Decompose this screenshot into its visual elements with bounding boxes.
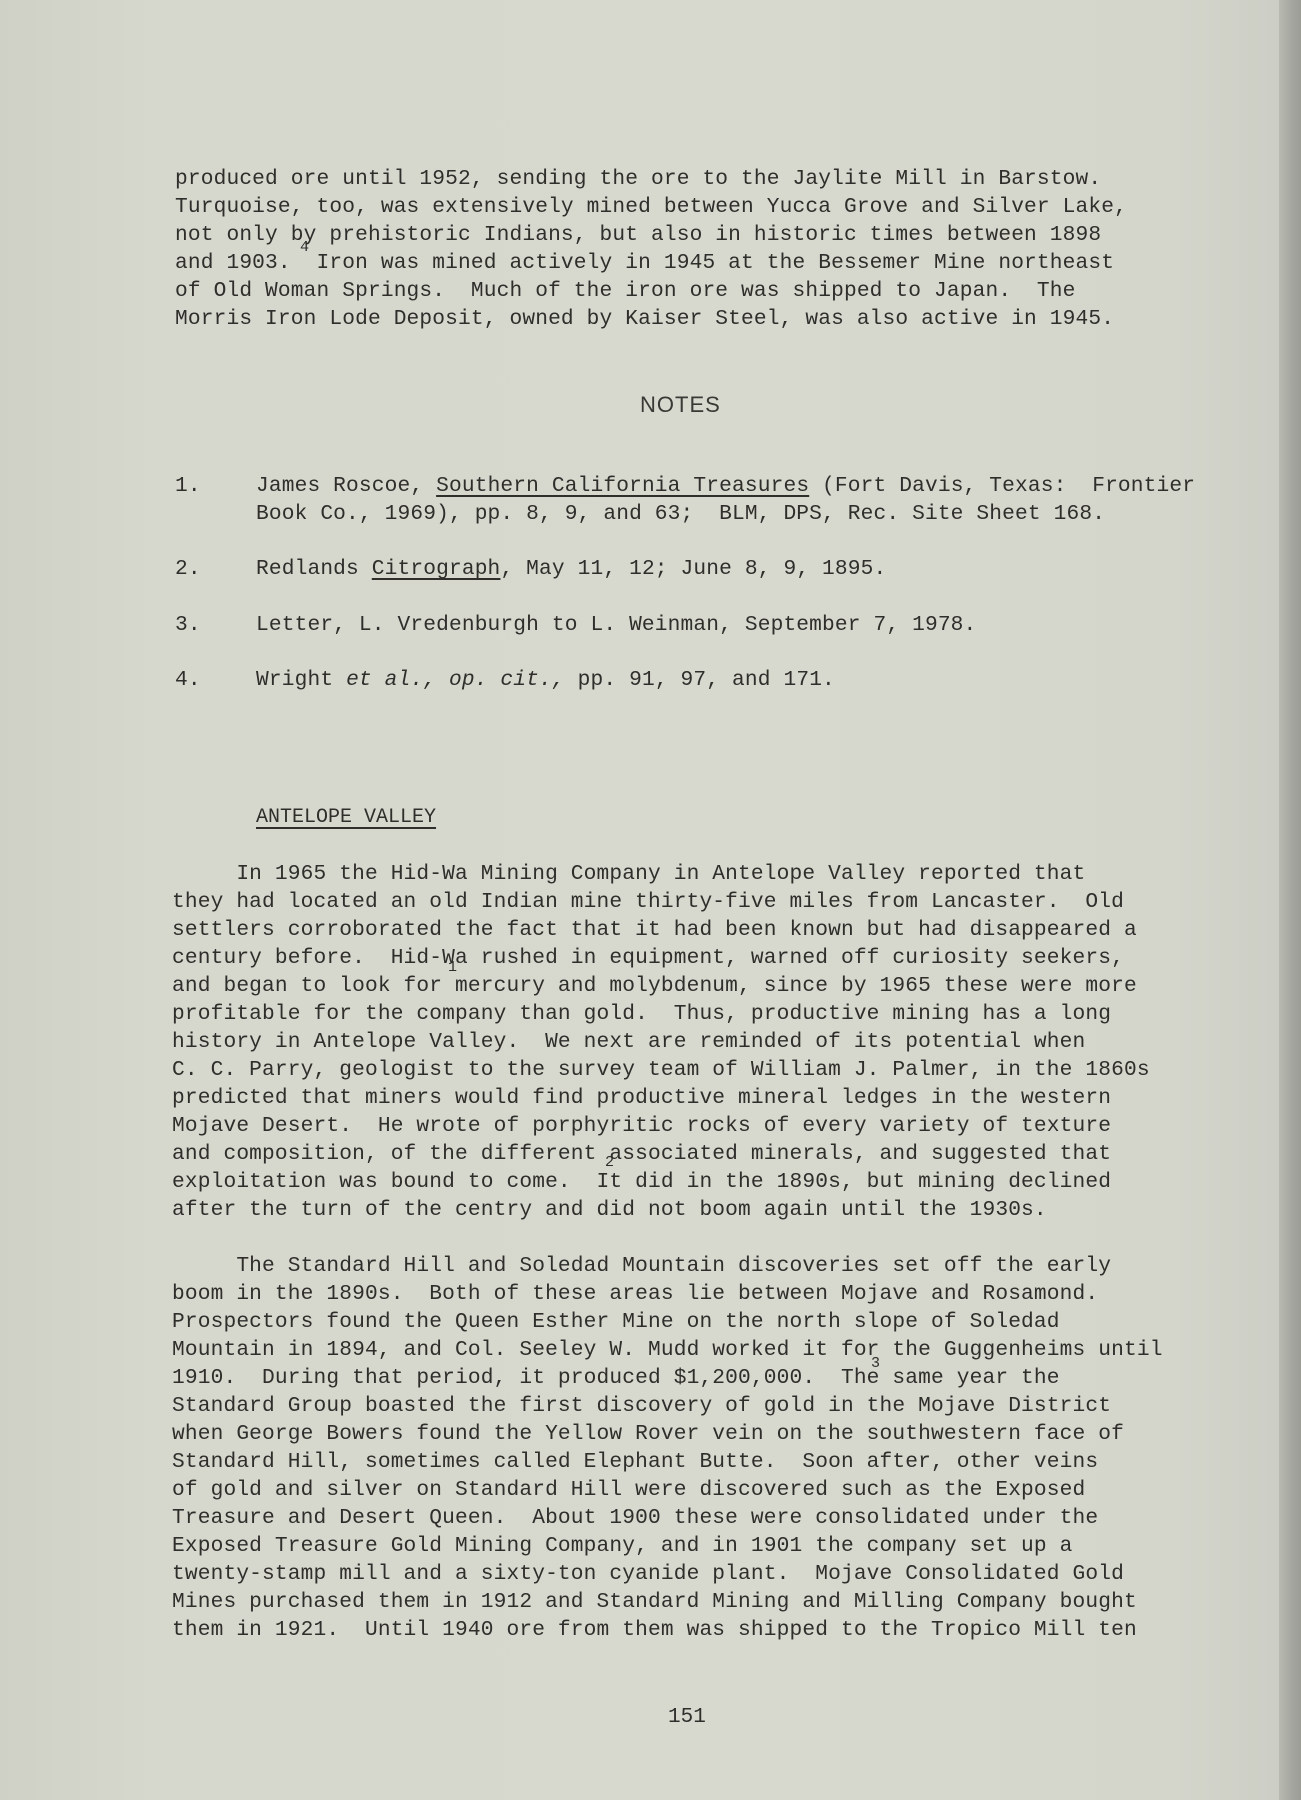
note-text: James Roscoe, Southern California Treasu… <box>256 472 1195 500</box>
text-line: Mojave Desert. He wrote of porphyritic r… <box>172 1112 1111 1140</box>
text-line: predicted that miners would find product… <box>172 1084 1111 1112</box>
text-line: Exposed Treasure Gold Mining Company, an… <box>172 1532 1073 1560</box>
text-line: century before. Hid-Wa rushed in equipme… <box>172 944 1124 972</box>
text-line: 1910. During that period, it produced $1… <box>172 1364 1060 1392</box>
note-number: 3. <box>175 611 201 639</box>
text-line: Mines purchased them in 1912 and Standar… <box>172 1588 1137 1616</box>
text-line: Morris Iron Lode Deposit, owned by Kaise… <box>175 305 1114 333</box>
note-text: Wright et al., op. cit., pp. 91, 97, and… <box>256 666 835 694</box>
note-text: Letter, L. Vredenburgh to L. Weinman, Se… <box>256 611 976 639</box>
text-line: and 1903. Iron was mined actively in 194… <box>175 249 1114 277</box>
text-line: Turquoise, too, was extensively mined be… <box>175 193 1127 221</box>
text-line: and composition, of the different associ… <box>172 1140 1111 1168</box>
latin-abbreviation: et al., op. cit., <box>346 668 565 692</box>
text-line: settlers corroborated the fact that it h… <box>172 916 1137 944</box>
footnote-mark: 1 <box>448 960 457 975</box>
note-number: 1. <box>175 472 201 500</box>
text-line: not only by prehistoric Indians, but als… <box>175 221 1101 249</box>
note-text-segment: (Fort Davis, Texas: Frontier <box>809 474 1195 498</box>
text-line: and began to look for mercury and molybd… <box>172 972 1137 1000</box>
scanned-page: produced ore until 1952, sending the ore… <box>0 0 1301 1800</box>
publication-title: Citrograph <box>372 557 501 581</box>
note-text: Book Co., 1969), pp. 8, 9, and 63; BLM, … <box>256 500 1105 528</box>
note-text-segment: James Roscoe, <box>256 474 436 498</box>
text-line: twenty-stamp mill and a sixty-ton cyanid… <box>172 1560 1124 1588</box>
note-text: Redlands Citrograph, May 11, 12; June 8,… <box>256 555 886 583</box>
note-number: 2. <box>175 555 201 583</box>
text-line: C. C. Parry, geologist to the survey tea… <box>172 1056 1150 1084</box>
text-line: Prospectors found the Queen Esther Mine … <box>172 1308 1060 1336</box>
text-line: The Standard Hill and Soledad Mountain d… <box>172 1252 1111 1280</box>
section-title: ANTELOPE VALLEY <box>256 806 436 829</box>
note-text-segment: Redlands <box>256 557 372 581</box>
book-title: Southern California Treasures <box>436 474 809 498</box>
text-line: they had located an old Indian mine thir… <box>172 888 1124 916</box>
note-text-segment: , May 11, 12; June 8, 9, 1895. <box>500 557 886 581</box>
text-line: Standard Group boasted the first discove… <box>172 1392 1111 1420</box>
text-line: Treasure and Desert Queen. About 1900 th… <box>172 1504 1098 1532</box>
text-line: boom in the 1890s. Both of these areas l… <box>172 1280 1098 1308</box>
text-line: when George Bowers found the Yellow Rove… <box>172 1420 1124 1448</box>
note-text-segment: pp. 91, 97, and 171. <box>565 668 835 692</box>
text-line: profitable for the company than gold. Th… <box>172 1000 1111 1028</box>
text-line: of gold and silver on Standard Hill were… <box>172 1476 1085 1504</box>
text-line: exploitation was bound to come. It did i… <box>172 1168 1111 1196</box>
text-line: after the turn of the centry and did not… <box>172 1196 1047 1224</box>
text-line: In 1965 the Hid-Wa Mining Company in Ant… <box>172 860 1085 888</box>
page-number: 151 <box>668 1706 706 1729</box>
footnote-mark: 4 <box>300 240 309 255</box>
text-line: history in Antelope Valley. We next are … <box>172 1028 1085 1056</box>
note-text-segment: Wright <box>256 668 346 692</box>
page-edge-shadow <box>1279 0 1301 1800</box>
note-number: 4. <box>175 666 201 694</box>
text-line: produced ore until 1952, sending the ore… <box>175 165 1101 193</box>
text-line: Standard Hill, sometimes called Elephant… <box>172 1448 1098 1476</box>
text-line: them in 1921. Until 1940 ore from them w… <box>172 1616 1137 1644</box>
notes-heading: NOTES <box>640 392 721 418</box>
text-line: Mountain in 1894, and Col. Seeley W. Mud… <box>172 1336 1163 1364</box>
text-line: of Old Woman Springs. Much of the iron o… <box>175 277 1076 305</box>
